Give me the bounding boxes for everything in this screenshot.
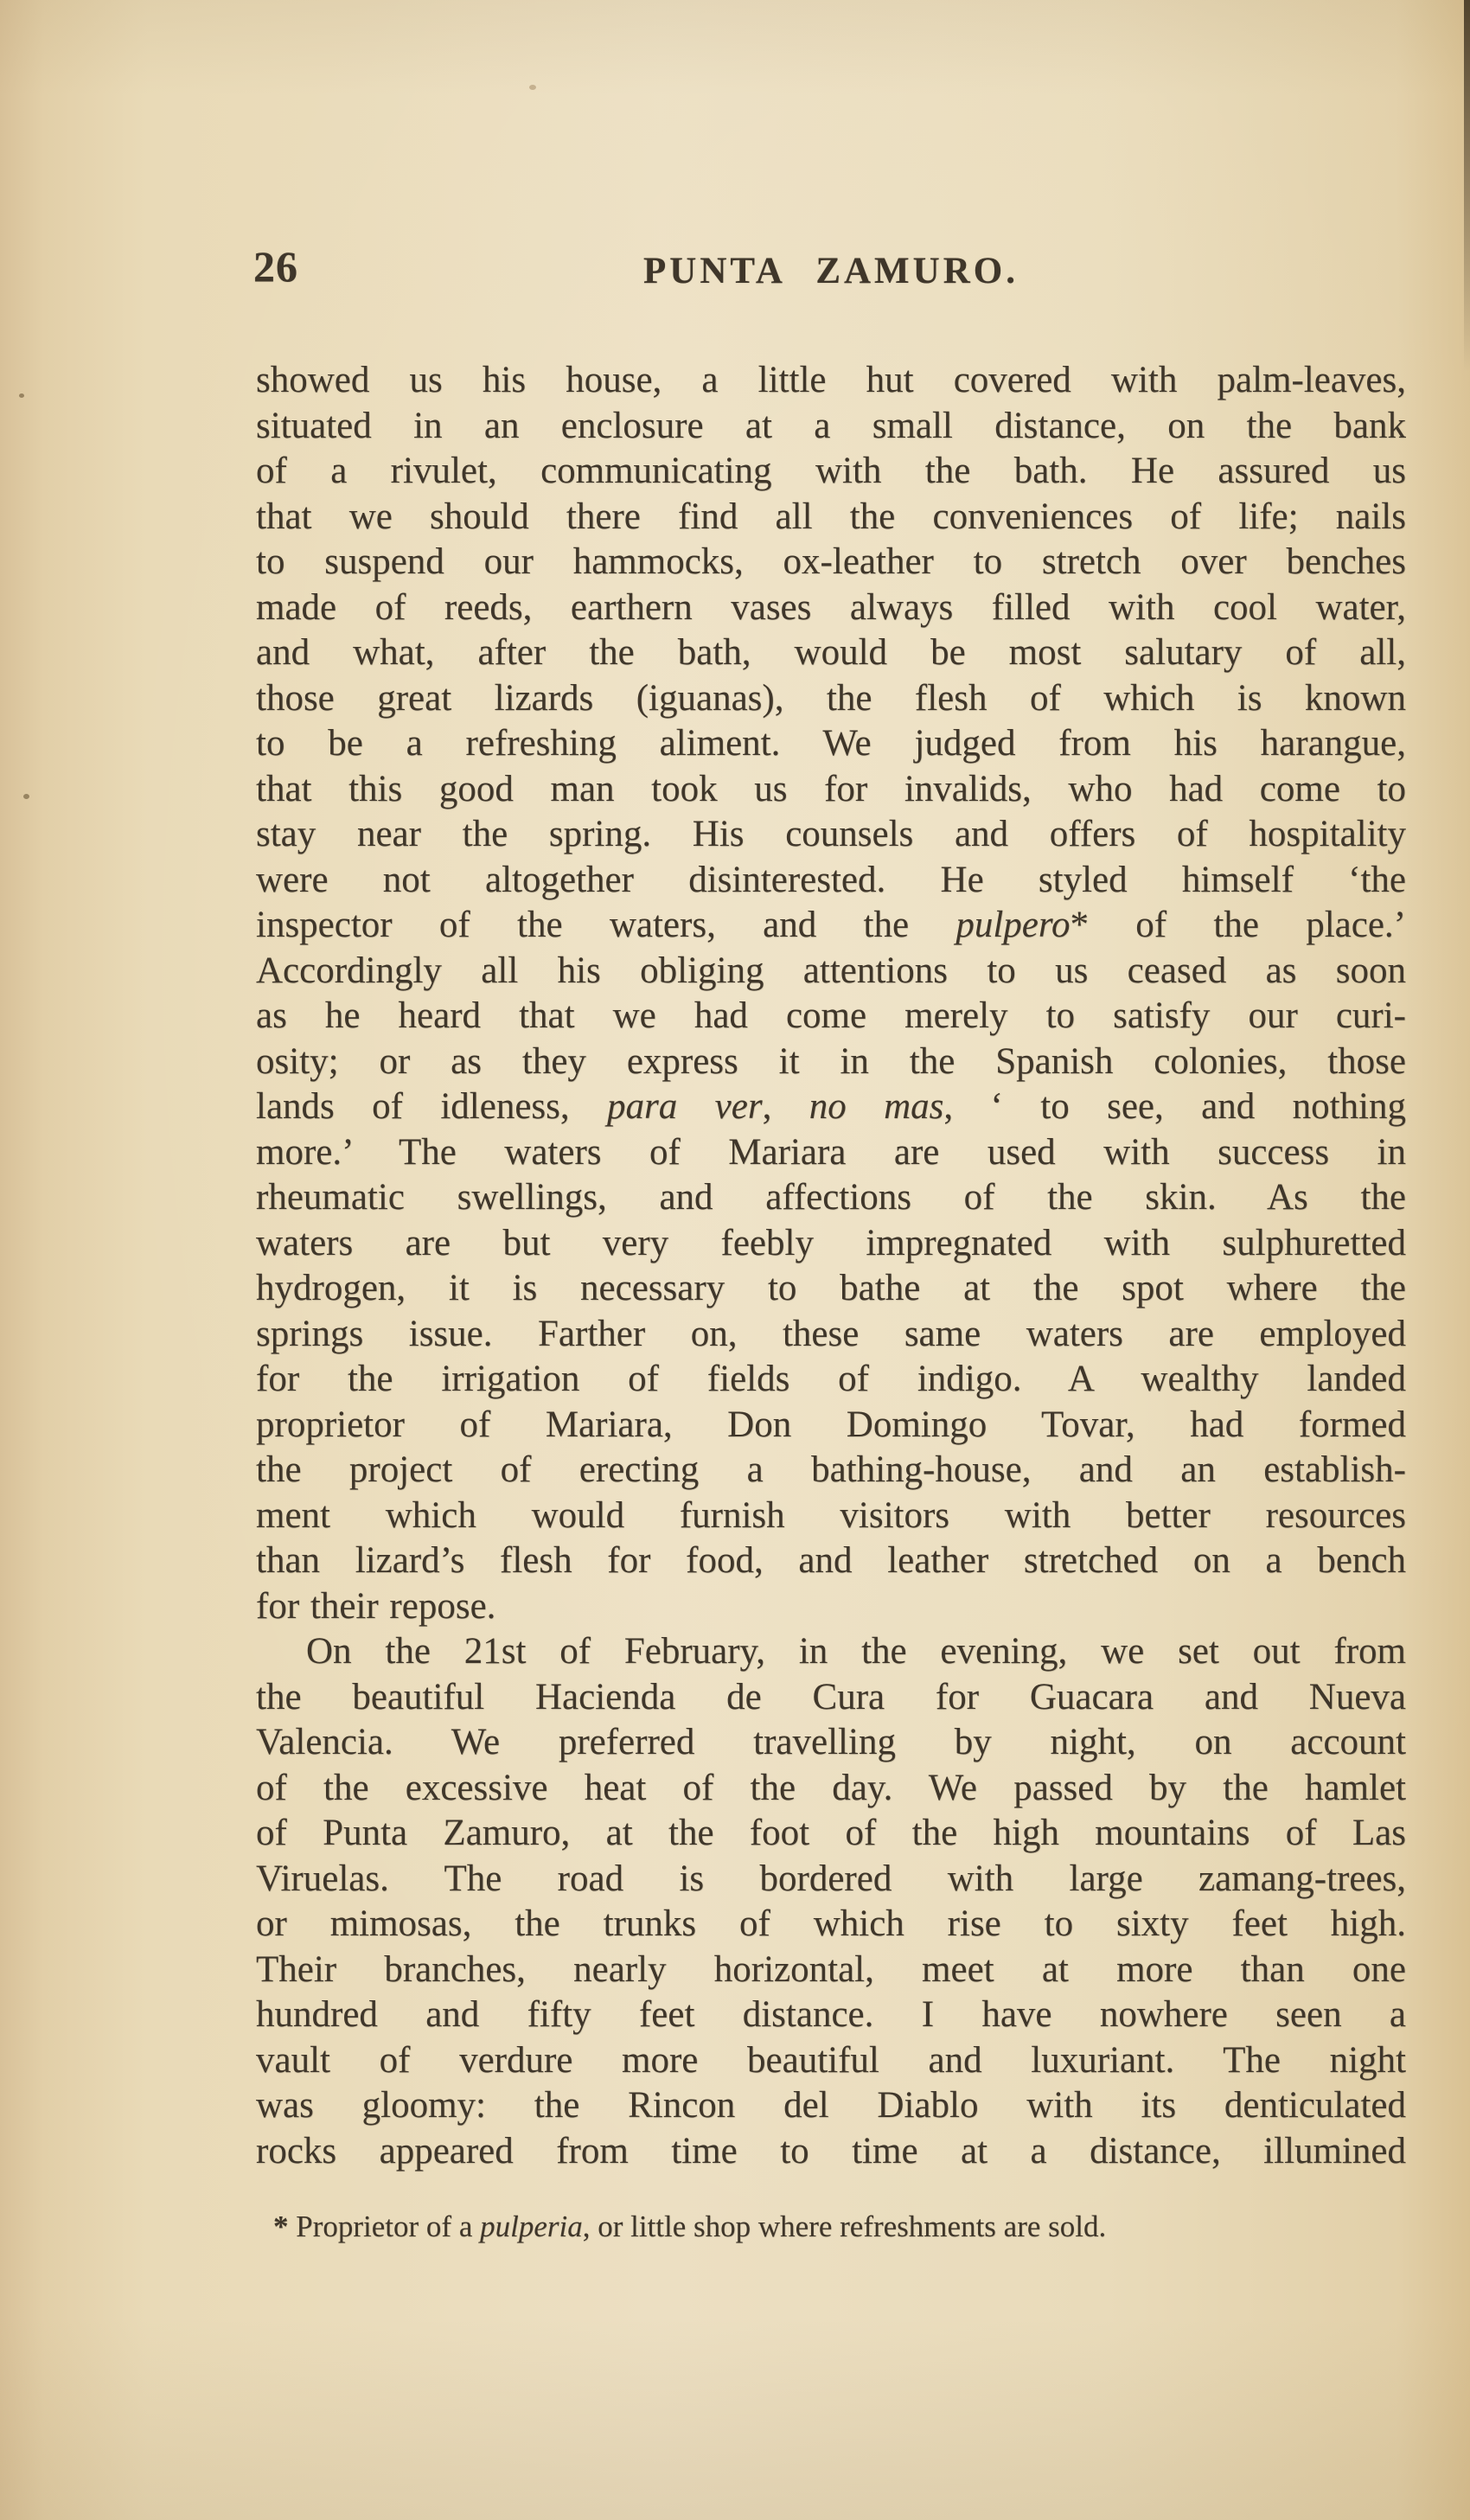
paragraph: On the 21st of February, in the evening,… — [256, 1629, 1406, 2174]
text-run: hundred and fifty feet distance. I have … — [256, 1994, 1406, 2035]
text-line: Viruelas. The road is bordered with larg… — [256, 1857, 1406, 1903]
text-line: hundred and fifty feet distance. I have … — [256, 1992, 1406, 2038]
text-line: to suspend our hammocks, ox-leather to s… — [256, 540, 1406, 585]
text-run: or mimosas, the trunks of which rise to … — [256, 1903, 1406, 1944]
text-run: Their branches, nearly horizontal, meet … — [256, 1949, 1406, 1990]
text-line: the beautiful Hacienda de Cura for Guaca… — [256, 1675, 1406, 1721]
text-line: waters are but very feebly impregnated w… — [256, 1221, 1406, 1267]
text-run: , or little shop where refreshments are … — [583, 2210, 1107, 2243]
paragraph: showed us his house, a little hut covere… — [256, 358, 1406, 1629]
text-run: proprietor of Mariara, Don Domingo Tovar… — [256, 1404, 1406, 1445]
text-run: stay near the spring. His counsels and o… — [256, 814, 1406, 854]
text-run: rheumatic swellings, and affections of t… — [256, 1177, 1406, 1218]
text-line: or mimosas, the trunks of which rise to … — [256, 1902, 1406, 1948]
text-run: Proprietor of a — [289, 2210, 481, 2243]
text-line: as he heard that we had come merely to s… — [256, 994, 1406, 1039]
text-line: rheumatic swellings, and affections of t… — [256, 1175, 1406, 1221]
text-line: springs issue. Farther on, these same wa… — [256, 1312, 1406, 1358]
text-line: hydrogen, it is necessary to bathe at th… — [256, 1266, 1406, 1312]
text-line: showed us his house, a little hut covere… — [256, 358, 1406, 404]
text-run: , ‘ to see, and nothing — [943, 1086, 1406, 1127]
text-line: of Punta Zamuro, at the foot of the high… — [256, 1811, 1406, 1857]
text-line: to be a refreshing aliment. We judged fr… — [256, 721, 1406, 767]
text-run: was gloomy: the Rincon del Diablo with i… — [256, 2085, 1406, 2126]
text-run: situated in an enclosure at a small dist… — [256, 406, 1406, 446]
text-run: and what, after the bath, would be most … — [256, 632, 1406, 673]
text-line: vault of verdure more beautiful and luxu… — [256, 2038, 1406, 2084]
text-run: inspector of the waters, and the — [256, 905, 955, 945]
text-run: the beautiful Hacienda de Cura for Guaca… — [256, 1677, 1406, 1717]
running-header-title: PUNTA ZAMURO. — [256, 252, 1406, 291]
text-line: Their branches, nearly horizontal, meet … — [256, 1948, 1406, 1993]
italic-text-run: no mas — [809, 1086, 944, 1127]
text-line: Accordingly all his obliging attentions … — [256, 949, 1406, 995]
text-run: made of reeds, earthern vases always fil… — [256, 587, 1406, 628]
text-line: situated in an enclosure at a small dist… — [256, 404, 1406, 450]
text-run: to suspend our hammocks, ox-leather to s… — [256, 541, 1406, 582]
text-run: were not altogether disinterested. He st… — [256, 860, 1406, 900]
text-run: rocks appeared from time to time at a di… — [256, 2131, 1406, 2171]
text-run: ment which would furnish visitors with b… — [256, 1495, 1406, 1536]
text-run: Valencia. We preferred travelling by nig… — [256, 1722, 1406, 1762]
italic-text-run: pulpero — [955, 905, 1070, 945]
text-line: than lizard’s flesh for food, and leathe… — [256, 1538, 1406, 1584]
text-run: waters are but very feebly impregnated w… — [256, 1223, 1406, 1263]
text-run: vault of verdure more beautiful and luxu… — [256, 2040, 1406, 2081]
text-line: were not altogether disinterested. He st… — [256, 858, 1406, 904]
paper-speck — [529, 85, 536, 90]
text-run: Viruelas. The road is bordered with larg… — [256, 1858, 1406, 1899]
text-line: for the irrigation of fields of indigo. … — [256, 1357, 1406, 1403]
text-run: lands of idleness, — [256, 1086, 607, 1127]
text-run: that we should there find all the conven… — [256, 496, 1406, 537]
text-run: the project of erecting a bathing-house,… — [256, 1449, 1406, 1490]
text-run: as he heard that we had come merely to s… — [256, 995, 1406, 1036]
text-run: those great lizards (iguanas), the flesh… — [256, 678, 1406, 719]
text-run: that this good man took us for invalids,… — [256, 769, 1406, 809]
text-line: and what, after the bath, would be most … — [256, 630, 1406, 676]
text-run: than lizard’s flesh for food, and leathe… — [256, 1540, 1406, 1581]
text-line: that this good man took us for invalids,… — [256, 767, 1406, 813]
scanned-book-page: 26 PUNTA ZAMURO. showed us his house, a … — [0, 0, 1470, 2520]
text-line: of the excessive heat of the day. We pas… — [256, 1766, 1406, 1812]
text-run: hydrogen, it is necessary to bathe at th… — [256, 1268, 1406, 1308]
text-run: On the 21st of February, in the evening,… — [306, 1631, 1406, 1672]
text-run: , — [763, 1086, 809, 1127]
italic-text-run: para ver — [607, 1086, 763, 1127]
text-run: springs issue. Farther on, these same wa… — [256, 1314, 1406, 1354]
footnote: * Proprietor of a pulperia, or little sh… — [256, 2207, 1406, 2247]
text-line: stay near the spring. His counsels and o… — [256, 812, 1406, 858]
text-run: of a rivulet, communicating with the bat… — [256, 451, 1406, 491]
text-line: Valencia. We preferred travelling by nig… — [256, 1720, 1406, 1766]
italic-text-run: pulperia — [480, 2210, 583, 2243]
text-run: showed us his house, a little hut covere… — [256, 360, 1406, 400]
text-line: for their repose. — [256, 1584, 1406, 1630]
text-run: to be a refreshing aliment. We judged fr… — [256, 723, 1406, 764]
text-line: that we should there find all the conven… — [256, 495, 1406, 540]
text-run: osity; or as they express it in the Span… — [256, 1041, 1406, 1082]
page-edge-shadow — [1464, 0, 1470, 372]
text-line: inspector of the waters, and the pulpero… — [256, 903, 1406, 949]
text-line: On the 21st of February, in the evening,… — [256, 1629, 1406, 1675]
paper-speck — [19, 393, 24, 398]
text-line: was gloomy: the Rincon del Diablo with i… — [256, 2083, 1406, 2129]
text-line: lands of idleness, para ver, no mas, ‘ t… — [256, 1084, 1406, 1130]
text-run: of the excessive heat of the day. We pas… — [256, 1768, 1406, 1808]
text-run: * — [273, 2210, 289, 2243]
text-line: proprietor of Mariara, Don Domingo Tovar… — [256, 1403, 1406, 1449]
text-line: those great lizards (iguanas), the flesh… — [256, 676, 1406, 722]
text-line: ment which would furnish visitors with b… — [256, 1493, 1406, 1539]
text-line: rocks appeared from time to time at a di… — [256, 2129, 1406, 2175]
text-run: for the irrigation of fields of indigo. … — [256, 1359, 1406, 1399]
text-line: of a rivulet, communicating with the bat… — [256, 449, 1406, 495]
text-run: Accordingly all his obliging attentions … — [256, 950, 1406, 991]
text-line: more.’ The waters of Mariara are used wi… — [256, 1130, 1406, 1176]
text-run: * of the place.’ — [1071, 905, 1407, 945]
text-line: made of reeds, earthern vases always fil… — [256, 585, 1406, 631]
page-body-text: showed us his house, a little hut covere… — [256, 358, 1406, 2174]
footnote-text: * Proprietor of a pulperia, or little sh… — [273, 2210, 1106, 2243]
text-run: for their repose. — [256, 1586, 495, 1627]
text-line: the project of erecting a bathing-house,… — [256, 1448, 1406, 1493]
text-run: more.’ The waters of Mariara are used wi… — [256, 1132, 1406, 1173]
paper-speck — [23, 794, 29, 799]
text-line: osity; or as they express it in the Span… — [256, 1039, 1406, 1085]
text-run: of Punta Zamuro, at the foot of the high… — [256, 1813, 1406, 1853]
